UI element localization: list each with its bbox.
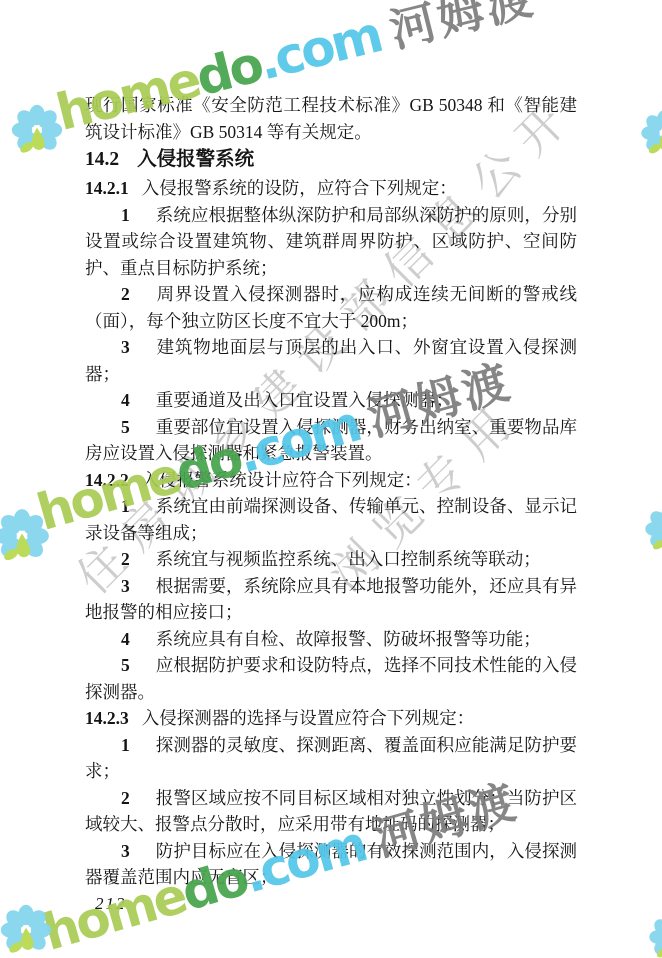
homedo-flower-icon: [0, 898, 56, 958]
document-page: 住房城乡建设部信息公开 浏览专用 现行国家标准《安全防范工程技术标准》GB 50…: [0, 0, 662, 958]
clause-item: 3根据需要，系统除应具有本地报警功能外，还应具有异地报警的相应接口；: [85, 573, 577, 626]
clause-item: 2周界设置入侵探测器时，应构成连续无间断的警戒线（面），每个独立防区长度不宜大于…: [85, 281, 577, 334]
clause-heading: 14.2.3入侵探测器的选择与设置应符合下列规定：: [85, 705, 577, 732]
item-text: 应根据防护要求和设防特点，选择不同技术性能的入侵探测器。: [85, 655, 577, 702]
item-number: 5: [121, 655, 130, 675]
item-number: 2: [121, 549, 130, 569]
logo-chinese-text: 河姆渡: [384, 0, 540, 58]
clause-text: 入侵探测器的选择与设置应符合下列规定：: [142, 708, 475, 728]
section-heading: 14.2入侵报警系统: [85, 145, 577, 175]
item-text: 根据需要，系统除应具有本地报警功能外，还应具有异地报警的相应接口；: [85, 576, 577, 623]
item-number: 3: [121, 841, 130, 861]
item-text: 系统宜与视频监控系统、出入口控制系统等联动；: [156, 549, 541, 569]
item-number: 4: [121, 629, 130, 649]
homedo-flower-icon: [0, 502, 54, 570]
item-number: 3: [121, 576, 130, 596]
homedo-flower-icon-edge: [641, 500, 662, 558]
clause-number: 14.2.3: [85, 708, 129, 728]
clause-item: 1系统应根据整体纵深防护和局部纵深防护的原则，分别设置或综合设置建筑物、建筑群周…: [85, 202, 577, 282]
item-number: 1: [121, 205, 130, 225]
clause-number: 14.2.1: [85, 178, 129, 198]
item-text: 系统应具有自检、故障报警、防破坏报警等功能；: [156, 629, 541, 649]
item-number: 4: [121, 390, 130, 410]
item-text: 周界设置入侵探测器时，应构成连续无间断的警戒线（面），每个独立防区长度不宜大于 …: [85, 284, 577, 331]
item-number: 3: [121, 337, 130, 357]
clause-heading: 14.2.1入侵报警系统的设防，应符合下列规定：: [85, 175, 577, 202]
section-number: 14.2: [85, 149, 119, 170]
item-number: 2: [121, 284, 130, 304]
clause-text: 入侵报警系统的设防，应符合下列规定：: [142, 178, 457, 198]
clause-item: 4系统应具有自检、故障报警、防破坏报警等功能；: [85, 626, 577, 653]
item-number: 1: [121, 735, 130, 755]
item-text: 探测器的灵敏度、探测距离、覆盖面积应能满足防护要求；: [85, 735, 577, 782]
item-number: 5: [121, 417, 130, 437]
clause-item: 2系统宜与视频监控系统、出入口控制系统等联动；: [85, 546, 577, 573]
item-number: 2: [121, 788, 130, 808]
clause-item: 5应根据防护要求和设防特点，选择不同技术性能的入侵探测器。: [85, 652, 577, 705]
section-title: 入侵报警系统: [137, 149, 254, 170]
homedo-flower-icon: [7, 98, 67, 162]
logo-dotcom-text: .com: [253, 6, 386, 92]
item-text: 系统应根据整体纵深防护和局部纵深防护的原则，分别设置或综合设置建筑物、建筑群周界…: [85, 205, 577, 278]
homedo-flower-icon-edge: [645, 908, 662, 958]
homedo-flower-icon-edge: [637, 104, 662, 162]
